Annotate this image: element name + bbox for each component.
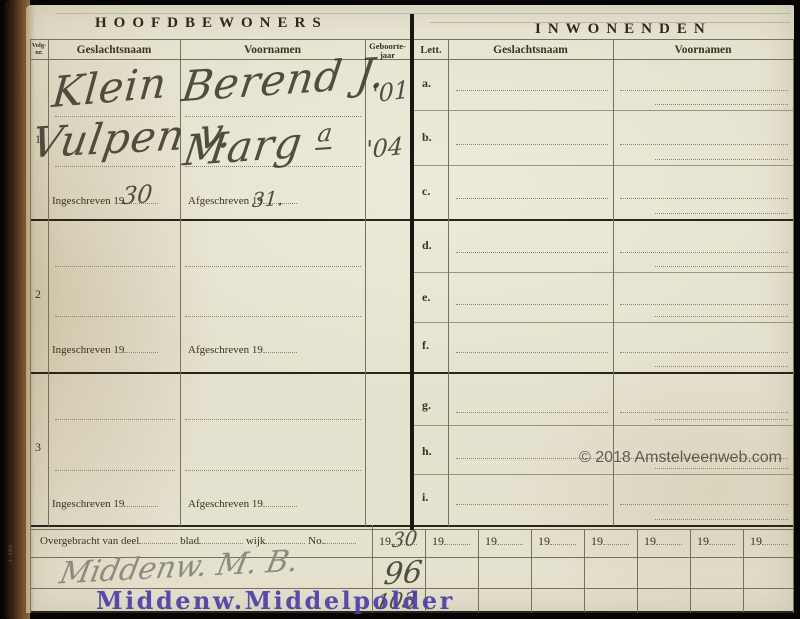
writing-line — [456, 252, 608, 253]
ingeschreven-row2: Ingeschreven 19 — [52, 343, 158, 356]
year-cell-6: 19 — [644, 534, 682, 549]
handwritten-birthyear-2: '04 — [366, 132, 404, 164]
writing-line — [55, 470, 175, 471]
column-header-volgnr: Volg- nr. — [30, 42, 48, 56]
writing-line — [456, 412, 608, 413]
writing-line — [620, 504, 788, 505]
dotted-leader — [324, 534, 356, 544]
right-section-title: INWONENDEN — [535, 21, 712, 38]
writing-line — [655, 159, 788, 160]
page-edge-line — [55, 13, 790, 14]
year-label: 19 — [538, 534, 550, 548]
column-header-lett: Lett. — [414, 45, 448, 56]
letter-label-h: h. — [422, 444, 432, 459]
grid-line — [793, 39, 794, 613]
dotted-leader — [709, 535, 735, 545]
afgeschreven-label: Afgeschreven 19 — [188, 344, 263, 356]
year-label: 19 — [644, 534, 656, 548]
section-divider-heavy — [410, 14, 414, 530]
year-label: 19 — [379, 534, 391, 548]
left-section-title: HOOFDBEWONERS — [95, 15, 328, 32]
grid-line — [448, 39, 449, 526]
writing-line — [620, 144, 788, 145]
writing-line — [655, 366, 788, 367]
grid-line — [690, 529, 691, 612]
handwritten-year-30: 30 — [391, 526, 418, 553]
grid-line — [584, 529, 585, 612]
grid-line — [30, 39, 31, 613]
writing-line — [185, 266, 361, 267]
grid-line — [414, 165, 793, 166]
handwritten-birthyear-1: '01 — [372, 75, 409, 108]
letter-label-d: d. — [422, 238, 432, 253]
writing-line — [55, 266, 175, 267]
place-stamp: Middenw.Middelpolder — [96, 586, 455, 615]
writing-line — [55, 166, 175, 167]
dotted-leader — [762, 535, 788, 545]
ingeschreven-row3: Ingeschreven 19 — [52, 497, 158, 510]
dotted-leader — [124, 343, 158, 353]
afgeschreven-label: Afgeschreven 19 — [188, 498, 263, 510]
writing-line — [185, 470, 361, 471]
writing-line — [620, 412, 788, 413]
grid-line — [637, 529, 638, 612]
year-label: 19 — [750, 534, 762, 548]
writing-line — [655, 419, 788, 420]
year-cell-3: 19 — [485, 534, 523, 549]
letter-label-f: f. — [422, 338, 429, 353]
grid-line — [743, 529, 744, 612]
grid-line — [365, 39, 366, 526]
overgebracht-label: Overgebracht van deel — [40, 535, 139, 547]
row-number-3: 3 — [35, 440, 41, 455]
year-cell-4: 19 — [538, 534, 576, 549]
copyright-watermark: © 2018 Amstelveenweb.com — [579, 449, 782, 467]
writing-line — [655, 266, 788, 267]
dotted-leader — [124, 497, 158, 507]
letter-label-a: a. — [422, 76, 431, 91]
volgnr-line1: Volg- — [32, 42, 47, 49]
grid-line — [531, 529, 532, 612]
handwritten-firstname-2: Marg a — [181, 113, 336, 172]
grid-line — [414, 474, 793, 475]
grid-line — [414, 425, 793, 426]
year-cell-8: 19 — [750, 534, 788, 549]
writing-line — [620, 304, 788, 305]
afgeschreven-row2: Afgeschreven 19 — [188, 343, 297, 356]
dotted-leader — [139, 534, 177, 544]
letter-label-g: g. — [422, 398, 431, 413]
printer-imprint: & CO. — AMSTERDAM — [15, 228, 21, 358]
writing-line — [55, 419, 175, 420]
year-label: 19 — [697, 534, 709, 548]
writing-line — [655, 519, 788, 520]
writing-line — [655, 104, 788, 105]
ingeschreven-label: Ingeschreven 19 — [52, 195, 124, 207]
grid-line — [414, 272, 793, 273]
grid-line — [414, 110, 793, 111]
dotted-leader — [497, 535, 523, 545]
scanned-register-page: { "document": { "type_note": "Dutch popu… — [0, 0, 800, 619]
writing-line — [620, 252, 788, 253]
writing-line — [456, 144, 608, 145]
year-cell-2: 19 — [432, 534, 470, 549]
column-header-voornamen-right: Voornamen — [613, 44, 793, 56]
grid-line — [478, 529, 479, 612]
firstname-base: Marg — [180, 118, 306, 176]
writing-line — [185, 419, 361, 420]
no-label: No. — [308, 535, 324, 547]
handwritten-ingeschreven-year: 30 — [121, 180, 154, 211]
year-cell-7: 19 — [697, 534, 735, 549]
writing-line — [456, 352, 608, 353]
writing-line — [185, 316, 361, 317]
writing-line — [620, 90, 788, 91]
margin-mark-form-number: 1-500 — [8, 528, 14, 562]
dotted-leader — [199, 534, 243, 544]
year-cell-5: 19 — [591, 534, 629, 549]
dotted-leader — [265, 534, 305, 544]
margin-mark-number: 14183 — [15, 52, 21, 92]
year-label: 19 — [485, 534, 497, 548]
volgnr-line2: nr. — [35, 49, 43, 56]
dotted-leader — [603, 535, 629, 545]
dotted-leader — [444, 535, 470, 545]
year-label: 19 — [432, 534, 444, 548]
writing-line — [655, 213, 788, 214]
letter-label-b: b. — [422, 130, 432, 145]
row-number-2: 2 — [35, 287, 41, 302]
overgebracht-row: Overgebracht van deel blad wijk No. — [40, 534, 356, 547]
handwritten-afgeschreven-year: 31. — [251, 186, 284, 212]
column-header-geslachtsnaam-right: Geslachtsnaam — [448, 44, 613, 56]
blad-label: blad — [180, 535, 199, 547]
letter-label-i: i. — [422, 490, 428, 505]
writing-line — [655, 468, 788, 469]
dotted-leader — [550, 535, 576, 545]
writing-line — [456, 504, 608, 505]
dotted-leader — [263, 343, 297, 353]
dotted-leader — [263, 497, 297, 507]
writing-line — [620, 198, 788, 199]
writing-line — [456, 304, 608, 305]
letter-label-c: c. — [422, 184, 430, 199]
ingeschreven-label: Ingeschreven 19 — [52, 344, 124, 356]
afgeschreven-row3: Afgeschreven 19 — [188, 497, 297, 510]
column-header-geslachtsnaam-left: Geslachtsnaam — [48, 44, 180, 56]
year-label: 19 — [591, 534, 603, 548]
ingeschreven-label: Ingeschreven 19 — [52, 498, 124, 510]
writing-line — [55, 316, 175, 317]
letter-label-e: e. — [422, 290, 430, 305]
handwritten-surname-1: Klein — [50, 63, 168, 113]
grid-line — [48, 39, 49, 526]
writing-line — [655, 316, 788, 317]
writing-line — [456, 198, 608, 199]
dotted-leader — [656, 535, 682, 545]
grid-line — [414, 322, 793, 323]
writing-line — [620, 352, 788, 353]
writing-line — [456, 90, 608, 91]
